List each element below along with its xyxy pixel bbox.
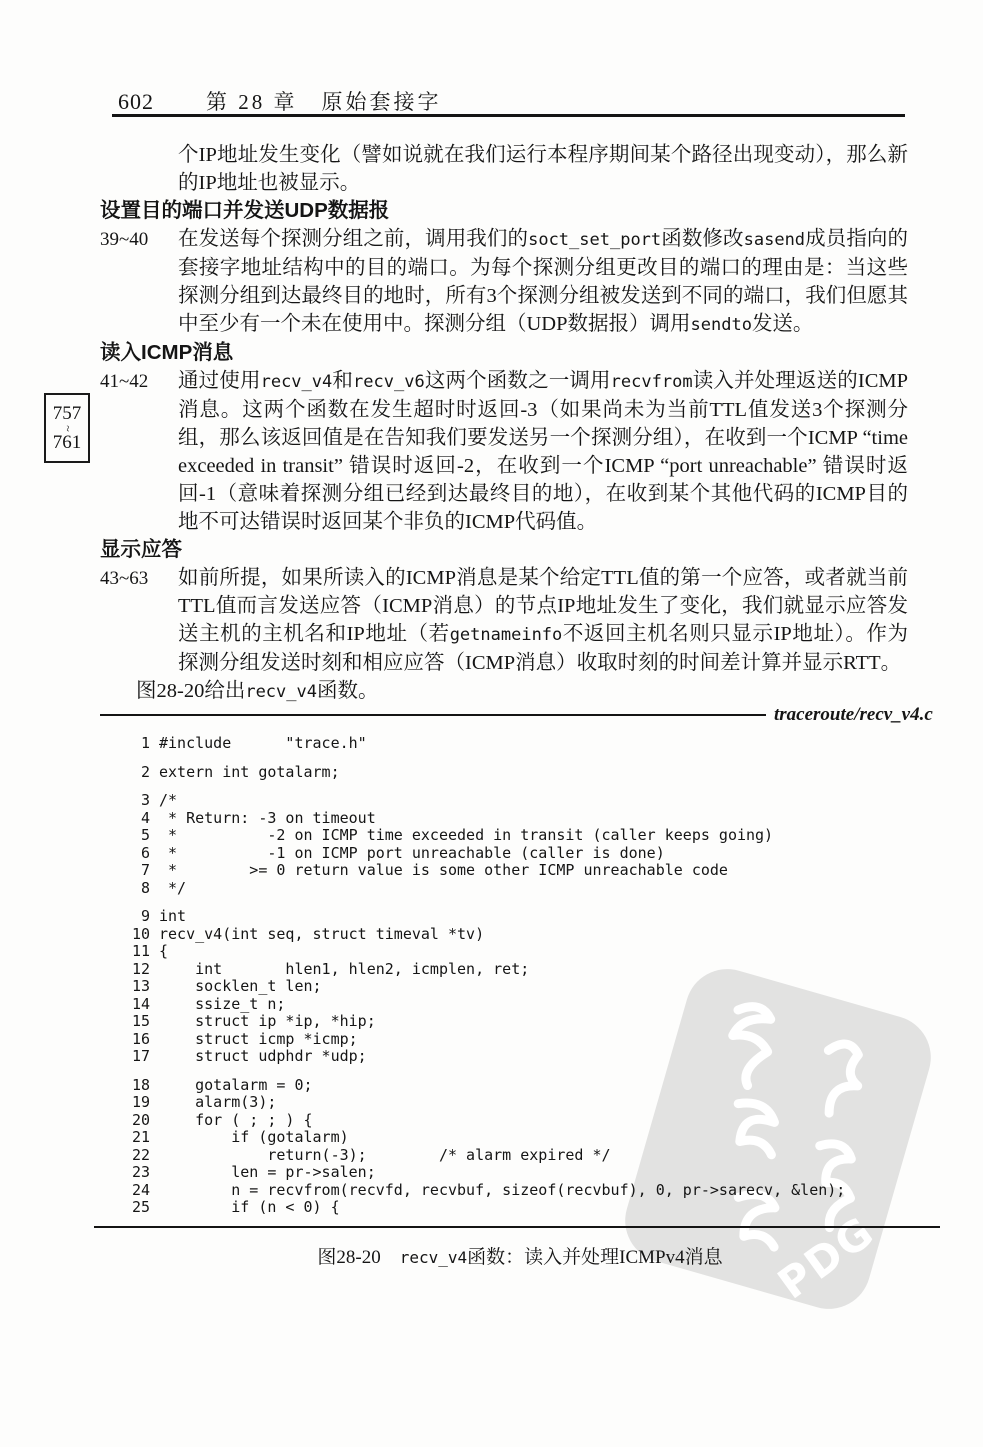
chapter-title: 第 28 章 原始套接字 xyxy=(206,86,442,116)
code-text: struct icmp *icmp; xyxy=(159,1031,358,1049)
code-line-number: 10 xyxy=(128,926,150,944)
section-heading: 显示应答 xyxy=(100,536,908,564)
code-line-number: 16 xyxy=(128,1031,150,1049)
text-run: 图28-20 xyxy=(317,1247,399,1268)
code-line-number: 24 xyxy=(128,1182,150,1200)
source-file-label: traceroute/recv_v4.c xyxy=(774,704,933,726)
code-blank-line xyxy=(128,897,940,908)
code-text: */ xyxy=(159,880,186,898)
code-text: * -2 on ICMP time exceeded in transit (c… xyxy=(159,827,773,845)
inline-code: sasend xyxy=(744,230,805,250)
code-text: * -1 on ICMP port unreachable (caller is… xyxy=(159,845,665,863)
text-run: 函数。 xyxy=(317,680,379,702)
text-run: 发送。 xyxy=(752,313,814,335)
code-blank-line xyxy=(128,781,940,792)
code-text: * Return: -3 on timeout xyxy=(159,810,376,828)
code-line: 16 struct icmp *icmp; xyxy=(128,1031,940,1049)
numbered-paragraph: 41~42通过使用recv_v4和recv_v6这两个函数之一调用recvfro… xyxy=(100,367,908,536)
code-text: * >= 0 return value is some other ICMP u… xyxy=(159,862,728,880)
page-header: 602 第 28 章 原始套接字 xyxy=(118,86,442,116)
code-text: socklen_t len; xyxy=(159,978,322,996)
code-text: return(-3); /* alarm expired */ xyxy=(159,1147,611,1165)
line-range-label: 41~42 xyxy=(100,367,178,536)
text-run: 函数：读入并处理ICMPv4消息 xyxy=(467,1247,722,1268)
paragraph-text: 如前所提，如果所读入的ICMP消息是某个给定TTL值的第一个应答，或者就当前TT… xyxy=(178,564,908,677)
code-line: 4 * Return: -3 on timeout xyxy=(128,810,940,828)
code-line: 11{ xyxy=(128,943,940,961)
code-line-number: 20 xyxy=(128,1112,150,1130)
code-line: 2extern int gotalarm; xyxy=(128,764,940,782)
figure-intro-paragraph: 图28-20给出recv_v4函数。 xyxy=(136,677,908,706)
line-range-label: 43~63 xyxy=(100,564,178,677)
code-line-number: 7 xyxy=(128,862,150,880)
inline-code: recv_v4 xyxy=(261,372,333,392)
code-line: 15 struct ip *ip, *hip; xyxy=(128,1013,940,1031)
code-line: 5 * -2 on ICMP time exceeded in transit … xyxy=(128,827,940,845)
code-line-number: 15 xyxy=(128,1013,150,1031)
code-line: 21 if (gotalarm) xyxy=(128,1129,940,1147)
code-line-number: 12 xyxy=(128,961,150,979)
code-line: 1#include "trace.h" xyxy=(128,735,940,753)
code-text: int hlen1, hlen2, icmplen, ret; xyxy=(159,961,529,979)
code-text: if (gotalarm) xyxy=(159,1129,349,1147)
code-text: n = recvfrom(recvfd, recvbuf, sizeof(rec… xyxy=(159,1182,845,1200)
numbered-paragraph: 43~63如前所提，如果所读入的ICMP消息是某个给定TTL值的第一个应答，或者… xyxy=(100,564,908,677)
code-text: /* xyxy=(159,792,177,810)
code-listing: 1#include "trace.h"2extern int gotalarm;… xyxy=(100,735,940,1217)
code-line: 14 ssize_t n; xyxy=(128,996,940,1014)
code-line: 23 len = pr->salen; xyxy=(128,1164,940,1182)
code-line: 9int xyxy=(128,908,940,926)
margin-page-range-box: 757 ~ 761 xyxy=(44,393,90,463)
code-text: recv_v4(int seq, struct timeval *tv) xyxy=(159,926,484,944)
code-text: len = pr->salen; xyxy=(159,1164,376,1182)
code-line-number: 23 xyxy=(128,1164,150,1182)
code-text: alarm(3); xyxy=(159,1094,276,1112)
code-line-number: 21 xyxy=(128,1129,150,1147)
code-text: struct udphdr *udp; xyxy=(159,1048,367,1066)
text-run: 个IP地址发生变化（譬如说就在我们运行本程序期间某个路径出现变动），那么新的IP… xyxy=(178,144,908,194)
book-page: 602 第 28 章 原始套接字 757 ~ 761 个IP地址发生变化（譬如说… xyxy=(0,0,983,1447)
text-run: 这两个函数之一调用 xyxy=(425,370,611,392)
code-line-number: 9 xyxy=(128,908,150,926)
code-line: 25 if (n < 0) { xyxy=(128,1199,940,1217)
inline-code: recv_v6 xyxy=(353,372,425,392)
code-text: ssize_t n; xyxy=(159,996,285,1014)
text-run: 在发送每个探测分组之前，调用我们的 xyxy=(178,228,528,250)
code-line-number: 1 xyxy=(128,735,150,753)
code-line-number: 22 xyxy=(128,1147,150,1165)
code-line-number: 5 xyxy=(128,827,150,845)
code-figure: traceroute/recv_v4.c 1#include "trace.h"… xyxy=(100,704,940,1269)
inline-code: recvfrom xyxy=(611,372,693,392)
code-line: 17 struct udphdr *udp; xyxy=(128,1048,940,1066)
code-line: 13 socklen_t len; xyxy=(128,978,940,996)
inline-code: recv_v4 xyxy=(400,1248,467,1267)
code-line-number: 18 xyxy=(128,1077,150,1095)
code-text: struct ip *ip, *hip; xyxy=(159,1013,376,1031)
numbered-paragraph: 39~40在发送每个探测分组之前，调用我们的soct_set_port函数修改s… xyxy=(100,225,908,339)
margin-range-separator: ~ xyxy=(63,425,72,432)
code-line: 20 for ( ; ; ) { xyxy=(128,1112,940,1130)
section-heading: 读入ICMP消息 xyxy=(100,339,908,367)
code-line-number: 17 xyxy=(128,1048,150,1066)
code-line-number: 6 xyxy=(128,845,150,863)
code-line-number: 13 xyxy=(128,978,150,996)
code-line: 3/* xyxy=(128,792,940,810)
margin-range-start: 757 xyxy=(53,404,82,424)
code-line: 24 n = recvfrom(recvfd, recvbuf, sizeof(… xyxy=(128,1182,940,1200)
code-text: for ( ; ; ) { xyxy=(159,1112,313,1130)
figure-bottom-rule xyxy=(94,1226,940,1229)
code-line-number: 19 xyxy=(128,1094,150,1112)
figure-top-rule: traceroute/recv_v4.c xyxy=(100,704,940,726)
code-text: { xyxy=(159,943,168,961)
code-line: 19 alarm(3); xyxy=(128,1094,940,1112)
line-range-label: 39~40 xyxy=(100,225,178,339)
header-rule xyxy=(112,114,905,117)
text-run: 函数修改 xyxy=(661,228,743,250)
code-line: 22 return(-3); /* alarm expired */ xyxy=(128,1147,940,1165)
code-text: if (n < 0) { xyxy=(159,1199,340,1217)
section-heading: 设置目的端口并发送UDP数据报 xyxy=(100,197,908,225)
inline-code: recv_v4 xyxy=(245,682,317,702)
code-blank-line xyxy=(128,753,940,764)
inline-code: getnameinfo xyxy=(450,625,563,645)
code-text: #include "trace.h" xyxy=(159,735,367,753)
code-line-number: 11 xyxy=(128,943,150,961)
text-run: 和 xyxy=(332,370,353,392)
text-run: 图28-20给出 xyxy=(136,680,245,702)
code-line: 7 * >= 0 return value is some other ICMP… xyxy=(128,862,940,880)
code-line-number: 3 xyxy=(128,792,150,810)
code-text: int xyxy=(159,908,186,926)
code-line-number: 25 xyxy=(128,1199,150,1217)
continuation-paragraph: 个IP地址发生变化（譬如说就在我们运行本程序期间某个路径出现变动），那么新的IP… xyxy=(178,141,908,197)
paragraph-text: 在发送每个探测分组之前，调用我们的soct_set_port函数修改sasend… xyxy=(178,225,908,339)
code-line: 6 * -1 on ICMP port unreachable (caller … xyxy=(128,845,940,863)
text-run: 读入并处理返送的ICMP消息。这两个函数在发生超时时返回-3（如果尚未为当前TT… xyxy=(178,370,908,533)
body-text: 个IP地址发生变化（譬如说就在我们运行本程序期间某个路径出现变动），那么新的IP… xyxy=(100,141,908,706)
code-text: gotalarm = 0; xyxy=(159,1077,313,1095)
code-line-number: 14 xyxy=(128,996,150,1014)
code-line: 18 gotalarm = 0; xyxy=(128,1077,940,1095)
inline-code: soct_set_port xyxy=(528,230,661,250)
code-text: extern int gotalarm; xyxy=(159,764,340,782)
paragraph-text: 通过使用recv_v4和recv_v6这两个函数之一调用recvfrom读入并处… xyxy=(178,367,908,536)
text-run: 通过使用 xyxy=(178,370,261,392)
code-line: 12 int hlen1, hlen2, icmplen, ret; xyxy=(128,961,940,979)
inline-code: sendto xyxy=(691,315,752,335)
page-number: 602 xyxy=(118,89,154,115)
code-line: 8 */ xyxy=(128,880,940,898)
figure-caption: 图28-20 recv_v4函数：读入并处理ICMPv4消息 xyxy=(100,1242,940,1269)
code-line-number: 4 xyxy=(128,810,150,828)
code-line: 10recv_v4(int seq, struct timeval *tv) xyxy=(128,926,940,944)
rule-line xyxy=(100,714,766,717)
code-blank-line xyxy=(128,1066,940,1077)
code-line-number: 2 xyxy=(128,764,150,782)
code-line-number: 8 xyxy=(128,880,150,898)
margin-range-end: 761 xyxy=(53,433,82,453)
